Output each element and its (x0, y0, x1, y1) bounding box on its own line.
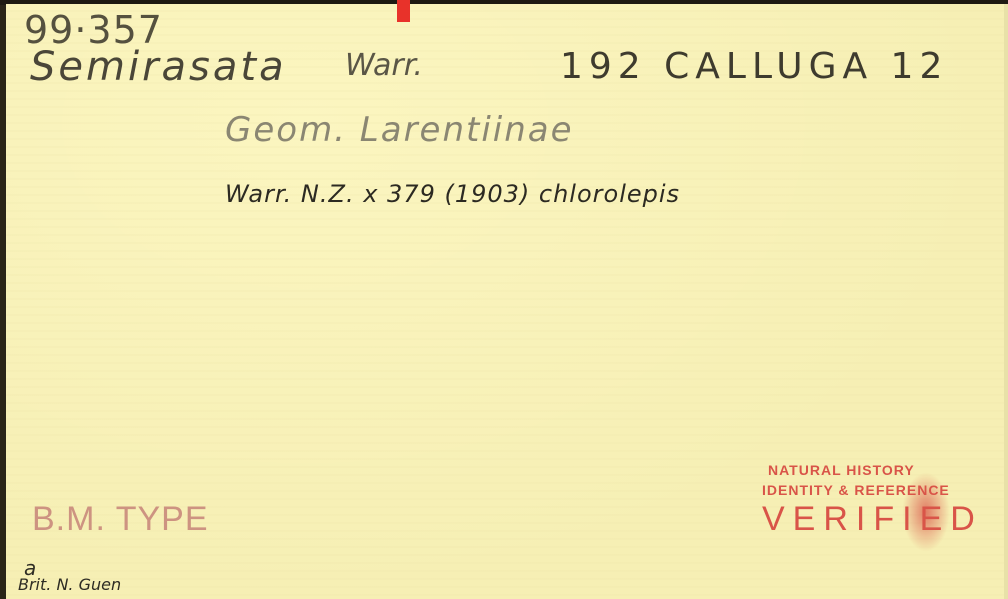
red-tab-marker (397, 0, 410, 22)
family-subfamily: Geom. Larentiinae (225, 110, 574, 150)
verified-stamp: Natural History Identity & Reference VER… (762, 462, 962, 539)
ink-blot (902, 472, 950, 552)
bm-type-stamp: B.M. TYPE (32, 500, 209, 539)
genus-name: Semirasata (30, 44, 287, 90)
curator-signature: Brit. N. Guen (18, 575, 121, 594)
author-name: Warr. (345, 48, 423, 83)
catalogue-entry: 192 CALLUGA 12 (560, 46, 948, 87)
publication-reference: Warr. N.Z. x 379 (1903) chlorolepis (225, 180, 680, 208)
